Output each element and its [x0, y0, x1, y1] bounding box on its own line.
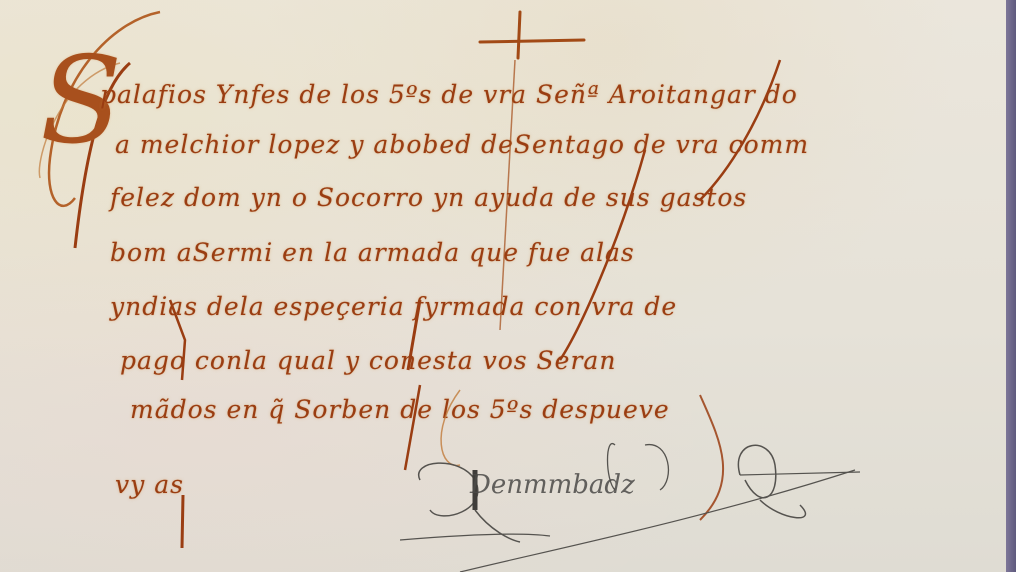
manuscript-line-5: yndias dela espeçeria fyrmada con vra de [110, 292, 677, 321]
manuscript-line-2: a melchior lopez y abobed deSentago de v… [115, 130, 809, 159]
manuscript-line-4: bom aSermi en la armada que fue alas [110, 238, 635, 267]
manuscript-line-7: mãdos en q̃ Sorben de los 5ºs despueve [130, 395, 670, 424]
manuscript-line-6: pago conla qual y conesta vos Seran [120, 346, 616, 375]
signature-rubric-icon [400, 440, 860, 572]
manuscript-line-1: palafios Ynfes de los 5ºs de vra Señª Ar… [100, 80, 798, 109]
page-edge-strip [1006, 0, 1016, 572]
cross-mark-icon [478, 10, 588, 60]
manuscript-line-8: vy as [115, 470, 184, 499]
manuscript-page: S palafios Ynfes de los 5ºs de vra Señª … [0, 0, 1016, 572]
signature-script: Denmmbadz [470, 470, 635, 500]
manuscript-line-3: felez dom yn o Socorro yn ayuda de sus g… [110, 183, 747, 212]
